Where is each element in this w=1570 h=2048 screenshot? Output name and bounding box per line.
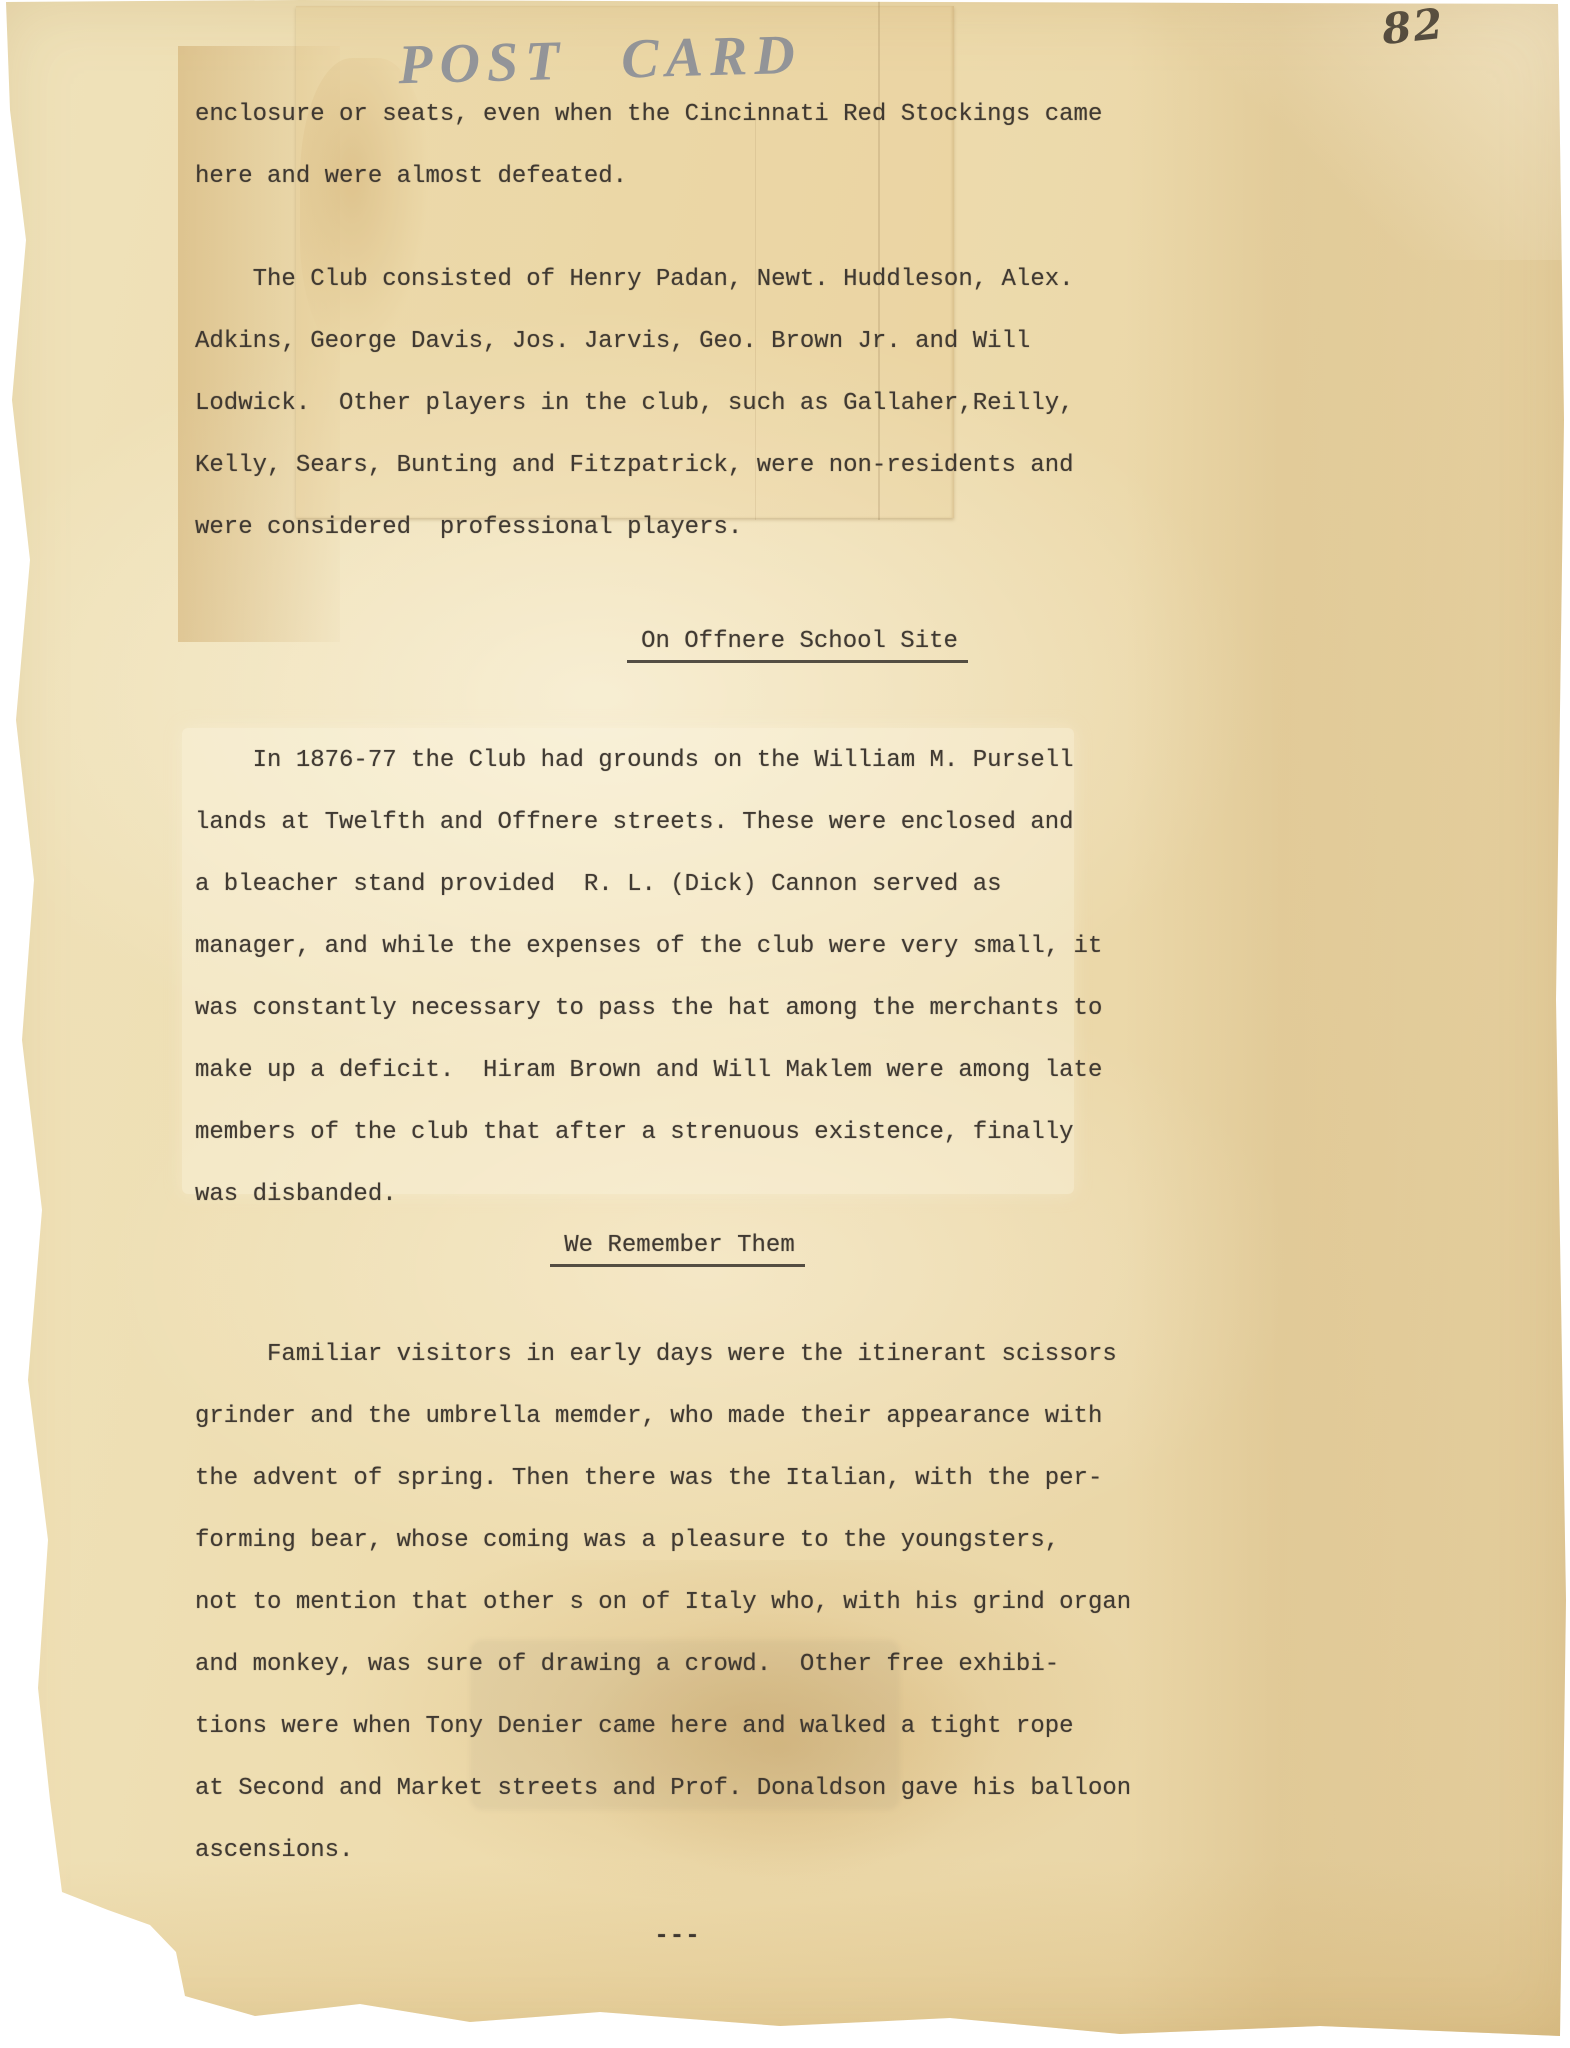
heading-underlined-text: We Remember Them [550,1232,804,1267]
scanned-page-background: POST CARD 82 enclosure or seats, even wh… [0,0,1570,2048]
section-heading-offnere: On Offnere School Site [195,622,1280,662]
top-right-corner-light [1180,0,1570,260]
section-heading-remember: We Remember Them [195,1226,1160,1266]
handwritten-page-number: 82 [1380,0,1447,54]
end-of-text-mark: --- [195,1906,1160,1968]
right-tone-band [1125,0,1570,2048]
paragraph-club-members: The Club consisted of Henry Padan, Newt.… [195,249,1160,559]
heading-underlined-text: On Offnere School Site [627,628,968,663]
paragraph-familiar-visitors: Familiar visitors in early days were the… [195,1324,1160,1882]
paragraph-offnere-grounds: In 1876-77 the Club had grounds on the W… [195,730,1160,1226]
paper-sheet: POST CARD 82 enclosure or seats, even wh… [0,0,1570,2048]
paragraph-enclosure: enclosure or seats, even when the Cincin… [195,84,1160,208]
